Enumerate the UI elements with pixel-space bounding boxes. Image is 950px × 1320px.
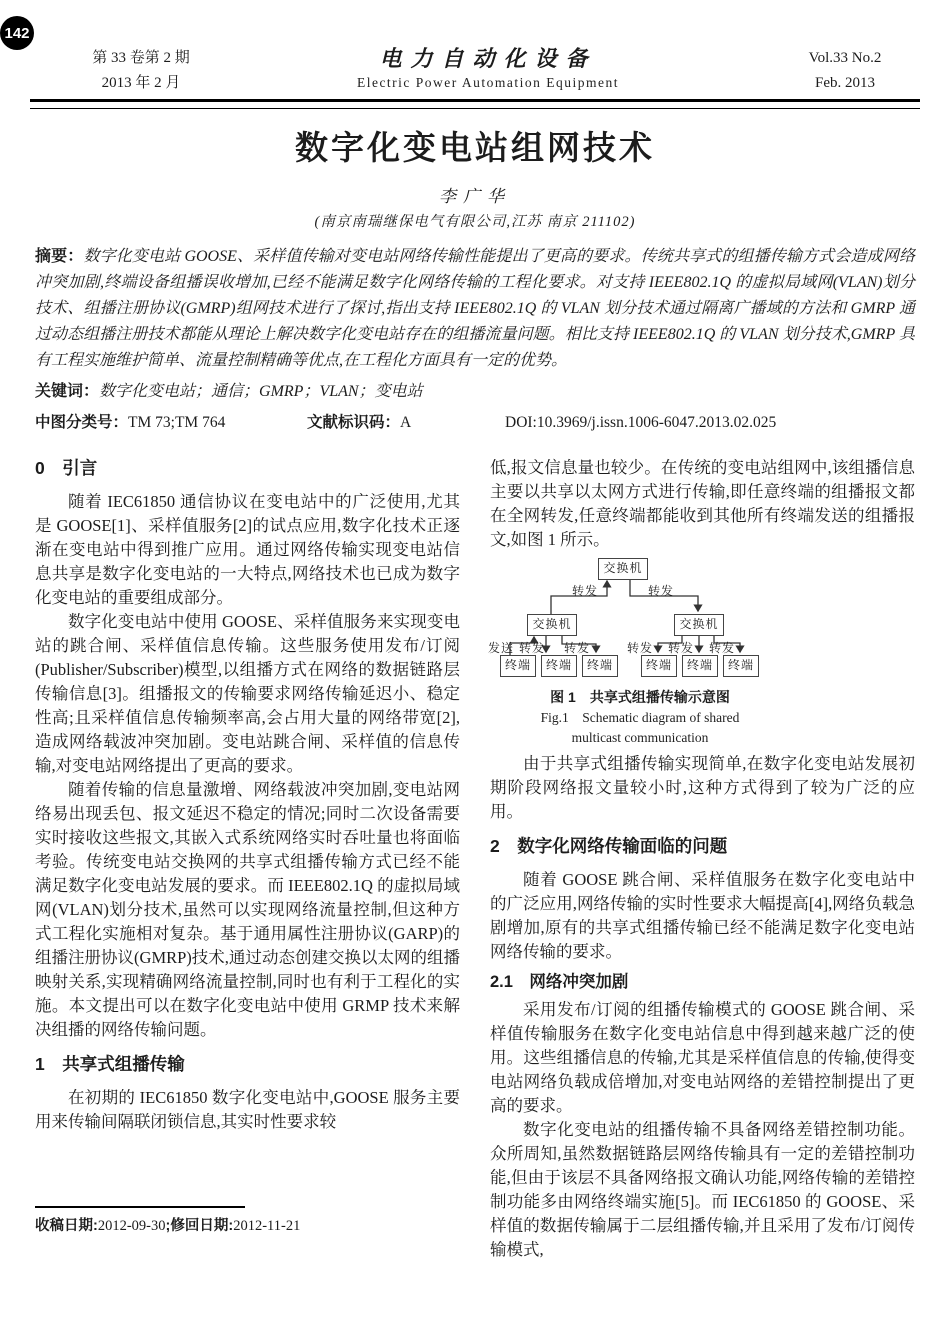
terminal-node-3: 终端 bbox=[582, 655, 618, 677]
issue-date-cn: 2013 年 2 月 bbox=[76, 71, 206, 96]
revised-date-label: 修回日期: bbox=[170, 1218, 233, 1234]
switch-node-right: 交换机 bbox=[674, 614, 724, 636]
paper-title: 数字化变电站组网技术 bbox=[0, 122, 950, 169]
edge-label-forward-4: 转发 bbox=[648, 585, 674, 597]
author-name: 李广华 bbox=[0, 182, 950, 207]
terminal-node-1: 终端 bbox=[500, 655, 536, 677]
right-paragraph-3: 随着 GOOSE 跳合闸、采样值服务在数字化变电站中的广泛应用,网络传输的实时性… bbox=[490, 868, 915, 964]
section-2-heading: 2 数字化网络传输面临的问题 bbox=[490, 834, 915, 858]
revised-date-value: 2012-11-21 bbox=[233, 1218, 300, 1234]
paper-page: 142 第 33 卷第 2 期 2013 年 2 月 电力自动化设备 Elect… bbox=[0, 0, 950, 1320]
section-0-heading: 0 引言 bbox=[35, 456, 460, 480]
left-paragraph-3: 随着传输的信息量激增、网络载波冲突加剧,变电站网络易出现丢包、报文延迟不稳定的情… bbox=[35, 778, 460, 1042]
journal-name-block: 电力自动化设备 Electric Power Automation Equipm… bbox=[206, 46, 770, 94]
edge-label-send: 发送 bbox=[488, 642, 514, 654]
left-paragraph-2: 数字化变电站中使用 GOOSE、采样值服务来实现变电站的跳合闸、采样值信息传输。… bbox=[35, 610, 460, 778]
front-matter: 摘要：数字化变电站 GOOSE、采样值传输对变电站网络传输性能提出了更高的要求。… bbox=[35, 244, 915, 436]
figure1-diagram: 交换机 交换机 交换机 终端 终端 终端 终端 终端 终端 发送 转发 转发 转… bbox=[490, 558, 790, 680]
clc-value: TM 73;TM 764 bbox=[128, 414, 225, 431]
right-paragraph-2: 由于共享式组播传输实现简单,在数字化变电站发展初期阶段网络报文量较小时,这种方式… bbox=[490, 752, 915, 824]
edge-label-forward-7: 转发 bbox=[709, 642, 735, 654]
left-paragraph-1: 随着 IEC61850 通信协议在变电站中的广泛使用,尤其是 GOOSE[1]、… bbox=[35, 490, 460, 610]
issue-info-en: Vol.33 No.2 Feb. 2013 bbox=[770, 46, 920, 96]
edge-label-forward-5: 转发 bbox=[627, 642, 653, 654]
keywords-line: 关键词：数字化变电站；通信；GMRP；VLAN；变电站 bbox=[35, 379, 915, 405]
doc-code-value: A bbox=[400, 414, 411, 431]
received-date-label: 收稿日期: bbox=[35, 1218, 98, 1234]
edge-label-forward-1: 转发 bbox=[519, 642, 545, 654]
doc-code-item: 文献标识码：A bbox=[307, 410, 411, 436]
edge-label-forward-3: 转发 bbox=[572, 585, 598, 597]
right-paragraph-5: 数字化变电站的组播传输不具备网络差错控制功能。众所周知,虽然数据链路层网络传输具… bbox=[490, 1118, 915, 1262]
abstract-text: 数字化变电站 GOOSE、采样值传输对变电站网络传输性能提出了更高的要求。传统共… bbox=[35, 248, 915, 369]
left-column: 0 引言 随着 IEC61850 通信协议在变电站中的广泛使用,尤其是 GOOS… bbox=[35, 456, 460, 1134]
journal-header: 第 33 卷第 2 期 2013 年 2 月 电力自动化设备 Electric … bbox=[30, 46, 920, 96]
meta-line: 中图分类号：TM 73;TM 764 文献标识码：A DOI:10.3969/j… bbox=[35, 410, 915, 436]
received-date-value: 2012-09-30 bbox=[98, 1218, 166, 1234]
doc-code-label: 文献标识码： bbox=[307, 414, 400, 431]
switch-node-top: 交换机 bbox=[598, 558, 648, 580]
figure1-caption-cn: 图 1 共享式组播传输示意图 bbox=[490, 686, 790, 708]
figure1-caption-en-line2: multicast communication bbox=[490, 728, 790, 748]
clc-label: 中图分类号： bbox=[35, 414, 128, 431]
left-paragraph-4: 在初期的 IEC61850 数字化变电站中,GOOSE 服务主要用来传输间隔联闭… bbox=[35, 1086, 460, 1134]
header-divider bbox=[30, 99, 920, 109]
footnote-divider bbox=[35, 1206, 245, 1208]
journal-name-en: Electric Power Automation Equipment bbox=[206, 72, 770, 94]
journal-name-cn: 电力自动化设备 bbox=[206, 46, 770, 72]
issue-volume-en: Vol.33 No.2 bbox=[770, 46, 920, 71]
section-1-heading: 1 共享式组播传输 bbox=[35, 1052, 460, 1076]
doi-value: DOI:10.3969/j.issn.1006-6047.2013.02.025 bbox=[505, 410, 776, 436]
issue-date-en: Feb. 2013 bbox=[770, 71, 920, 96]
abstract-label: 摘要： bbox=[35, 248, 83, 265]
terminal-node-5: 终端 bbox=[682, 655, 718, 677]
keywords-label: 关键词： bbox=[35, 383, 99, 400]
switch-node-left: 交换机 bbox=[527, 614, 577, 636]
issue-info-cn: 第 33 卷第 2 期 2013 年 2 月 bbox=[76, 46, 206, 96]
figure-1: 交换机 交换机 交换机 终端 终端 终端 终端 终端 终端 发送 转发 转发 转… bbox=[490, 558, 915, 748]
right-column: 低,报文信息量也较少。在传统的变电站组网中,该组播信息主要以共享以太网方式进行传… bbox=[490, 456, 915, 1262]
edge-label-forward-2: 转发 bbox=[564, 642, 590, 654]
right-paragraph-1: 低,报文信息量也较少。在传统的变电站组网中,该组播信息主要以共享以太网方式进行传… bbox=[490, 456, 915, 552]
page-number-badge: 142 bbox=[0, 16, 34, 50]
section-2-1-heading: 2.1 网络冲突加剧 bbox=[490, 971, 915, 993]
issue-volume-cn: 第 33 卷第 2 期 bbox=[76, 46, 206, 71]
figure1-caption: 图 1 共享式组播传输示意图 Fig.1 Schematic diagram o… bbox=[490, 686, 790, 748]
figure1-caption-en-line1: Fig.1 Schematic diagram of shared bbox=[490, 708, 790, 728]
keywords-text: 数字化变电站；通信；GMRP；VLAN；变电站 bbox=[99, 383, 423, 400]
footnote: 收稿日期:2012-09-30;修回日期:2012-11-21 bbox=[35, 1206, 460, 1237]
abstract-paragraph: 摘要：数字化变电站 GOOSE、采样值传输对变电站网络传输性能提出了更高的要求。… bbox=[35, 244, 915, 374]
right-paragraph-4: 采用发布/订阅的组播传输模式的 GOOSE 跳合闸、采样值传输服务在数字化变电站… bbox=[490, 998, 915, 1118]
terminal-node-6: 终端 bbox=[723, 655, 759, 677]
author-affiliation: (南京南瑞继保电气有限公司,江苏 南京 211102) bbox=[0, 210, 950, 231]
terminal-node-2: 终端 bbox=[541, 655, 577, 677]
edge-label-forward-6: 转发 bbox=[668, 642, 694, 654]
terminal-node-4: 终端 bbox=[641, 655, 677, 677]
clc-item: 中图分类号：TM 73;TM 764 bbox=[35, 410, 225, 436]
